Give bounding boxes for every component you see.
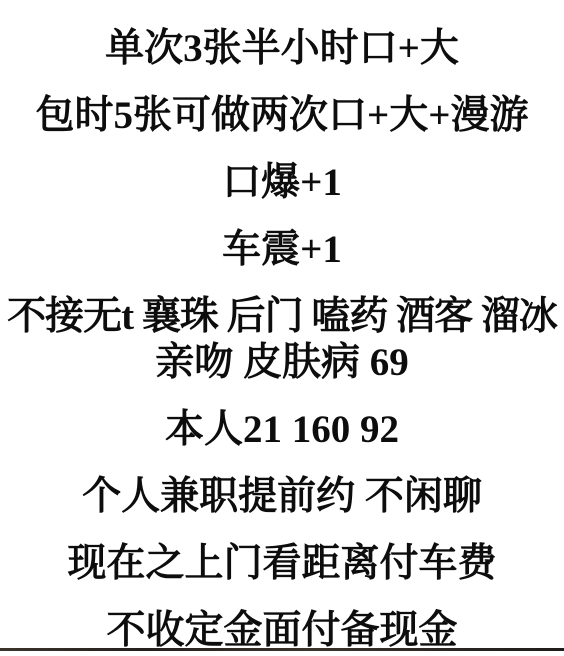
ad-line: 现在之上门看距离付车费 xyxy=(0,541,564,587)
ad-line: 口爆+1 xyxy=(0,160,564,206)
ad-line: 本人21 160 92 xyxy=(0,407,564,453)
ad-line: 亲吻 皮肤病 69 xyxy=(0,340,564,386)
ad-line: 单次3张半小时口+大 xyxy=(0,26,564,72)
ad-line: 不接无t 襄珠 后门 嗑药 酒客 溜冰 xyxy=(0,294,564,340)
bottom-edge-divider xyxy=(0,648,564,651)
ad-text-block: 单次3张半小时口+大 包时5张可做两次口+大+漫游 口爆+1 车震+1 不接无t… xyxy=(0,0,564,654)
ad-line: 个人兼职提前约 不闲聊 xyxy=(0,474,564,520)
ad-line: 包时5张可做两次口+大+漫游 xyxy=(0,93,564,139)
ad-line: 车震+1 xyxy=(0,227,564,273)
